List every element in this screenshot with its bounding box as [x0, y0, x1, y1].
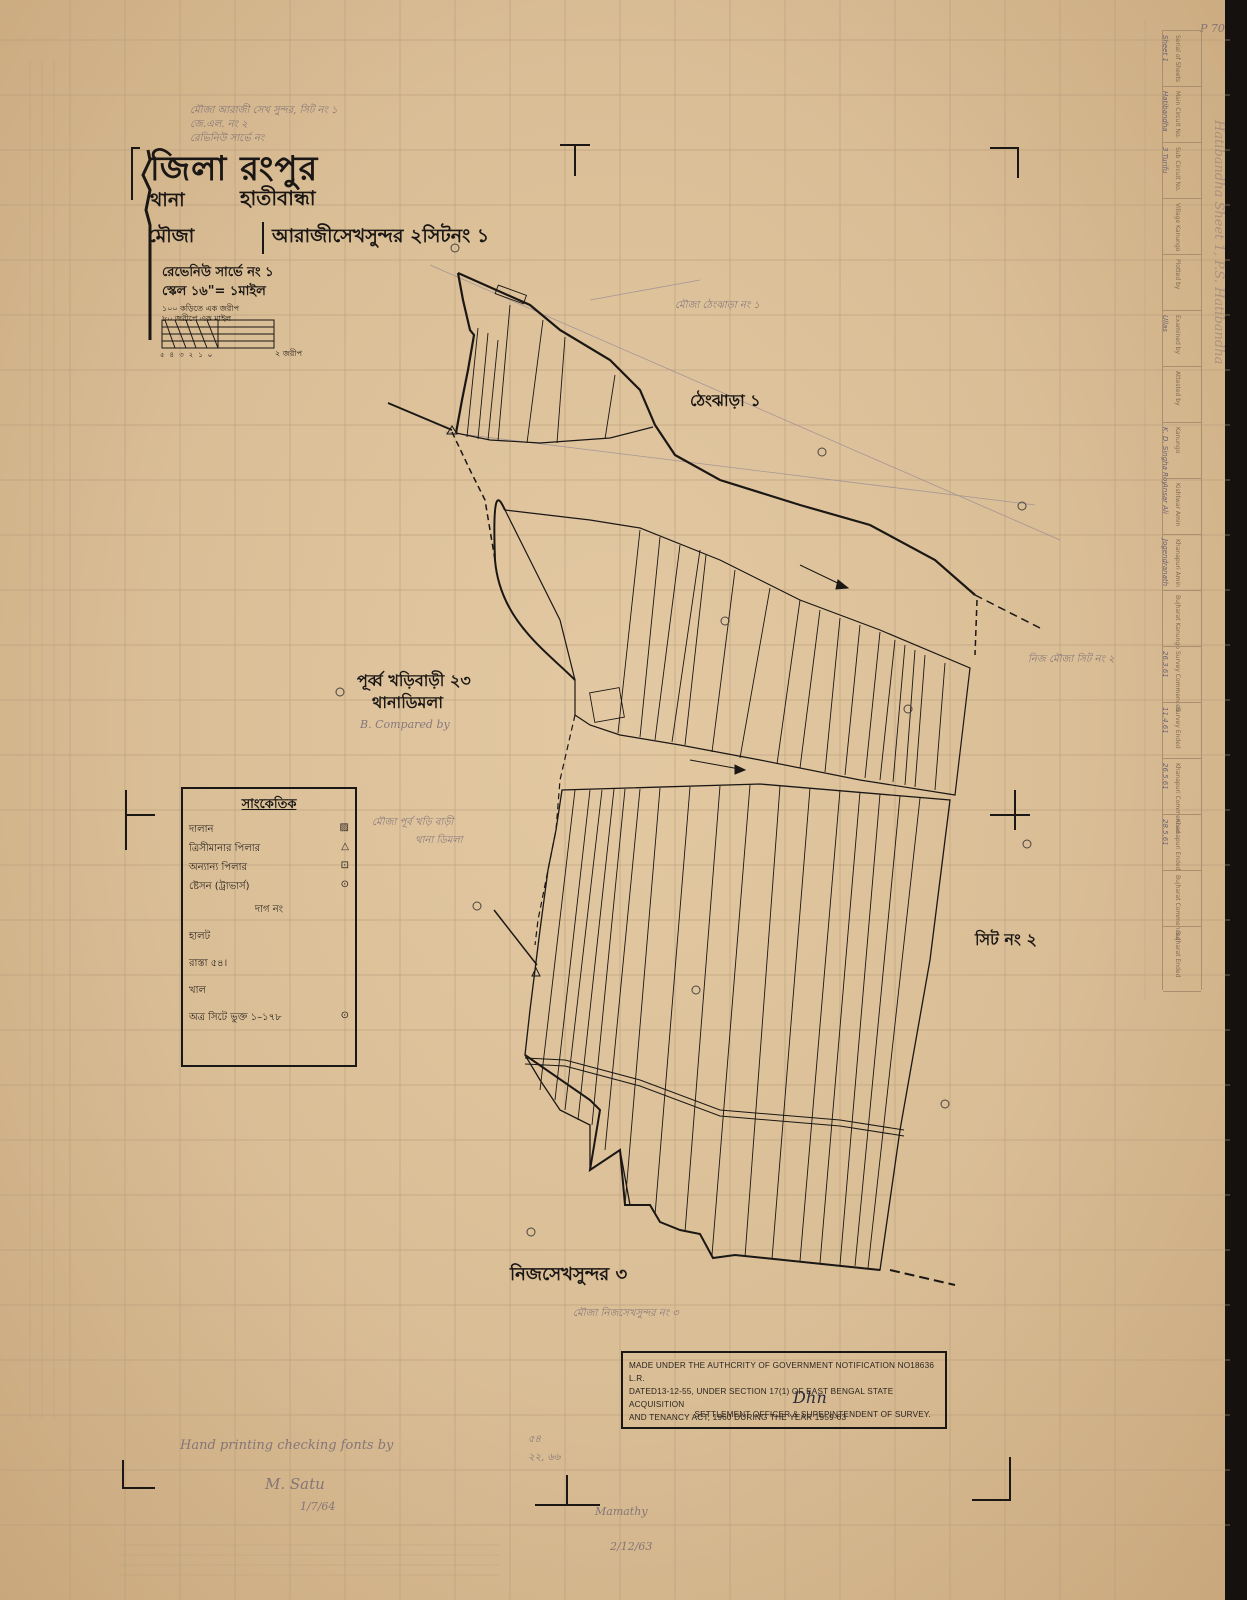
authority-certificate: MADE UNDER THE AUTHCRITY OF GOVERNMENT N… [621, 1351, 947, 1429]
side-col: Sub Circuit No.3 Turifu [1163, 142, 1201, 199]
side-col: Kishtwar AminAnsar Ali [1163, 478, 1201, 535]
legend-row-building: দালান▨ [189, 822, 349, 839]
side-col: Village Kanungo [1163, 198, 1201, 255]
legend-row-other-pillar: অন্যান্য পিলার⊡ [189, 860, 349, 877]
pencil-tally-2: ২২, ৬৬ [528, 1450, 560, 1467]
legend-item-canal: খাল [189, 983, 349, 1000]
side-col: KanungoK. D. Singha Roy [1163, 422, 1201, 479]
pencil-checker-date: 2/12/63 [610, 1540, 652, 1553]
side-col: Survey Commenced26.3.61 [1163, 646, 1201, 703]
neighbor-mouza-north: ঠেংঝাড়া ১ [690, 388, 761, 415]
legend-title: সাংকেতিক [189, 795, 349, 816]
pencil-signature-date: 1/7/64 [300, 1500, 335, 1513]
station-circle-icon: ⊙ [341, 1010, 349, 1027]
legend-row-other-sheet: অত্র সিটে ভুক্ত ১–১৭৮⊙ [189, 1010, 349, 1027]
margin-pencil-note: Hatibandha Sheet 1, P.S. Hatibandha [1211, 120, 1226, 364]
side-col: Bujharat Commenced [1163, 870, 1201, 927]
revenue-survey-number: রেভেনিউ সার্ভে নং ১ [162, 263, 274, 284]
pencil-checker-name: Mamathy [595, 1505, 648, 1518]
scale-bar-label: ২ জরীপ [275, 348, 302, 361]
station-circle-icon: ⊙ [341, 879, 349, 896]
scale-bar-ticks: ৫৪৩২১০ [160, 349, 217, 361]
legend-item-road: রাস্তা ৫৪। [189, 956, 349, 973]
mouza-label: মৌজা [148, 222, 194, 254]
parcel-middle [494, 500, 970, 795]
building-icon: ▨ [340, 822, 349, 839]
square-pillar-icon: ⊡ [341, 860, 349, 877]
thana-name: হাতীবান্ধা [240, 184, 316, 217]
side-col: Khanapuri Commenced26.5.61 [1163, 758, 1201, 815]
survey-record-table: Serial of SheetsSheet 1 Main Circuit No.… [1162, 30, 1202, 990]
side-col: Bujharat Ended [1163, 926, 1201, 992]
side-col: Survey Ended11.4.61 [1163, 702, 1201, 759]
triangle-pillar-icon: △ [341, 841, 349, 858]
pencil-label-north: মৌজা ঠেংঝাড়া নং ১ [675, 298, 760, 315]
pencil-label-east: নিজ মৌজা সিট নং ২ [1028, 652, 1115, 669]
side-col: Examined byUllas [1163, 310, 1201, 367]
pencil-compared-note: B. Compared by [360, 718, 450, 731]
certificate-line-1: MADE UNDER THE AUTHCRITY OF GOVERNMENT N… [629, 1359, 939, 1385]
legend-row-trijunction-pillar: ত্রিসীমানার পিলার△ [189, 841, 349, 858]
map-scale: স্কেল ১৬"= ১মাইল [162, 282, 266, 303]
district-name: রংপুর [240, 149, 318, 189]
side-col: Main Circuit No.Hatibandha [1163, 86, 1201, 143]
pencil-signature: M. Satu [265, 1475, 325, 1493]
side-col: Plotted by [1163, 254, 1201, 311]
side-col: Attested by [1163, 366, 1201, 423]
officer-signature: Dhn [793, 1391, 827, 1404]
legend-item-halot: হালট [189, 929, 349, 946]
adjacent-sheet-east: সিট নং ২ [975, 927, 1037, 954]
neighbor-mouza-south: নিজসেখসুন্দর ৩ [510, 1260, 627, 1291]
pencil-checking-note: Hand printing checking fonts by [180, 1438, 393, 1453]
side-col: Serial of SheetsSheet 1 [1163, 30, 1201, 87]
traverse-stations [336, 244, 1031, 1236]
thana-label: থানা [150, 186, 185, 218]
pencil-label-west-1: মৌজা পূর্ব খড়ি বাড়ী [372, 815, 453, 832]
scale-note-2: ৮০ জরীপে এক মাইল [162, 313, 231, 326]
side-col: Khanapuri Ended28.5.61 [1163, 814, 1201, 871]
signatory-title: SETTLEMENT OFFICER & SUPEPINTENDENT OF S… [694, 1408, 931, 1421]
legend-box: সাংকেতিক দালান▨ ত্রিসীমানার পিলার△ অন্যা… [181, 787, 357, 1067]
district-label: জিলা [150, 149, 227, 189]
parcel-south [525, 784, 950, 1270]
pencil-label-west-2: থানা ডিমলা [415, 833, 463, 850]
pencil-label-south: মৌজা নিজসেখসুন্দর নং ৩ [573, 1306, 679, 1323]
legend-plot-number: দাগ নং [189, 902, 349, 919]
pencil-tally-1: ৫৪ [528, 1432, 541, 1449]
legend-row-traverse-station: ষ্টেসন (ট্রাভার্স)⊙ [189, 879, 349, 896]
mouza-name: আরাজীসেখসুন্দর ২সিটনং ১ [262, 222, 489, 254]
side-col: Khanapuri AminJogendranath [1163, 534, 1201, 591]
parcel-north [456, 273, 975, 595]
page-number: P 70 [1200, 22, 1225, 35]
neighbor-thana-west: থানাডিমলা [372, 690, 443, 717]
side-col: Bujharat Kanungo [1163, 590, 1201, 647]
